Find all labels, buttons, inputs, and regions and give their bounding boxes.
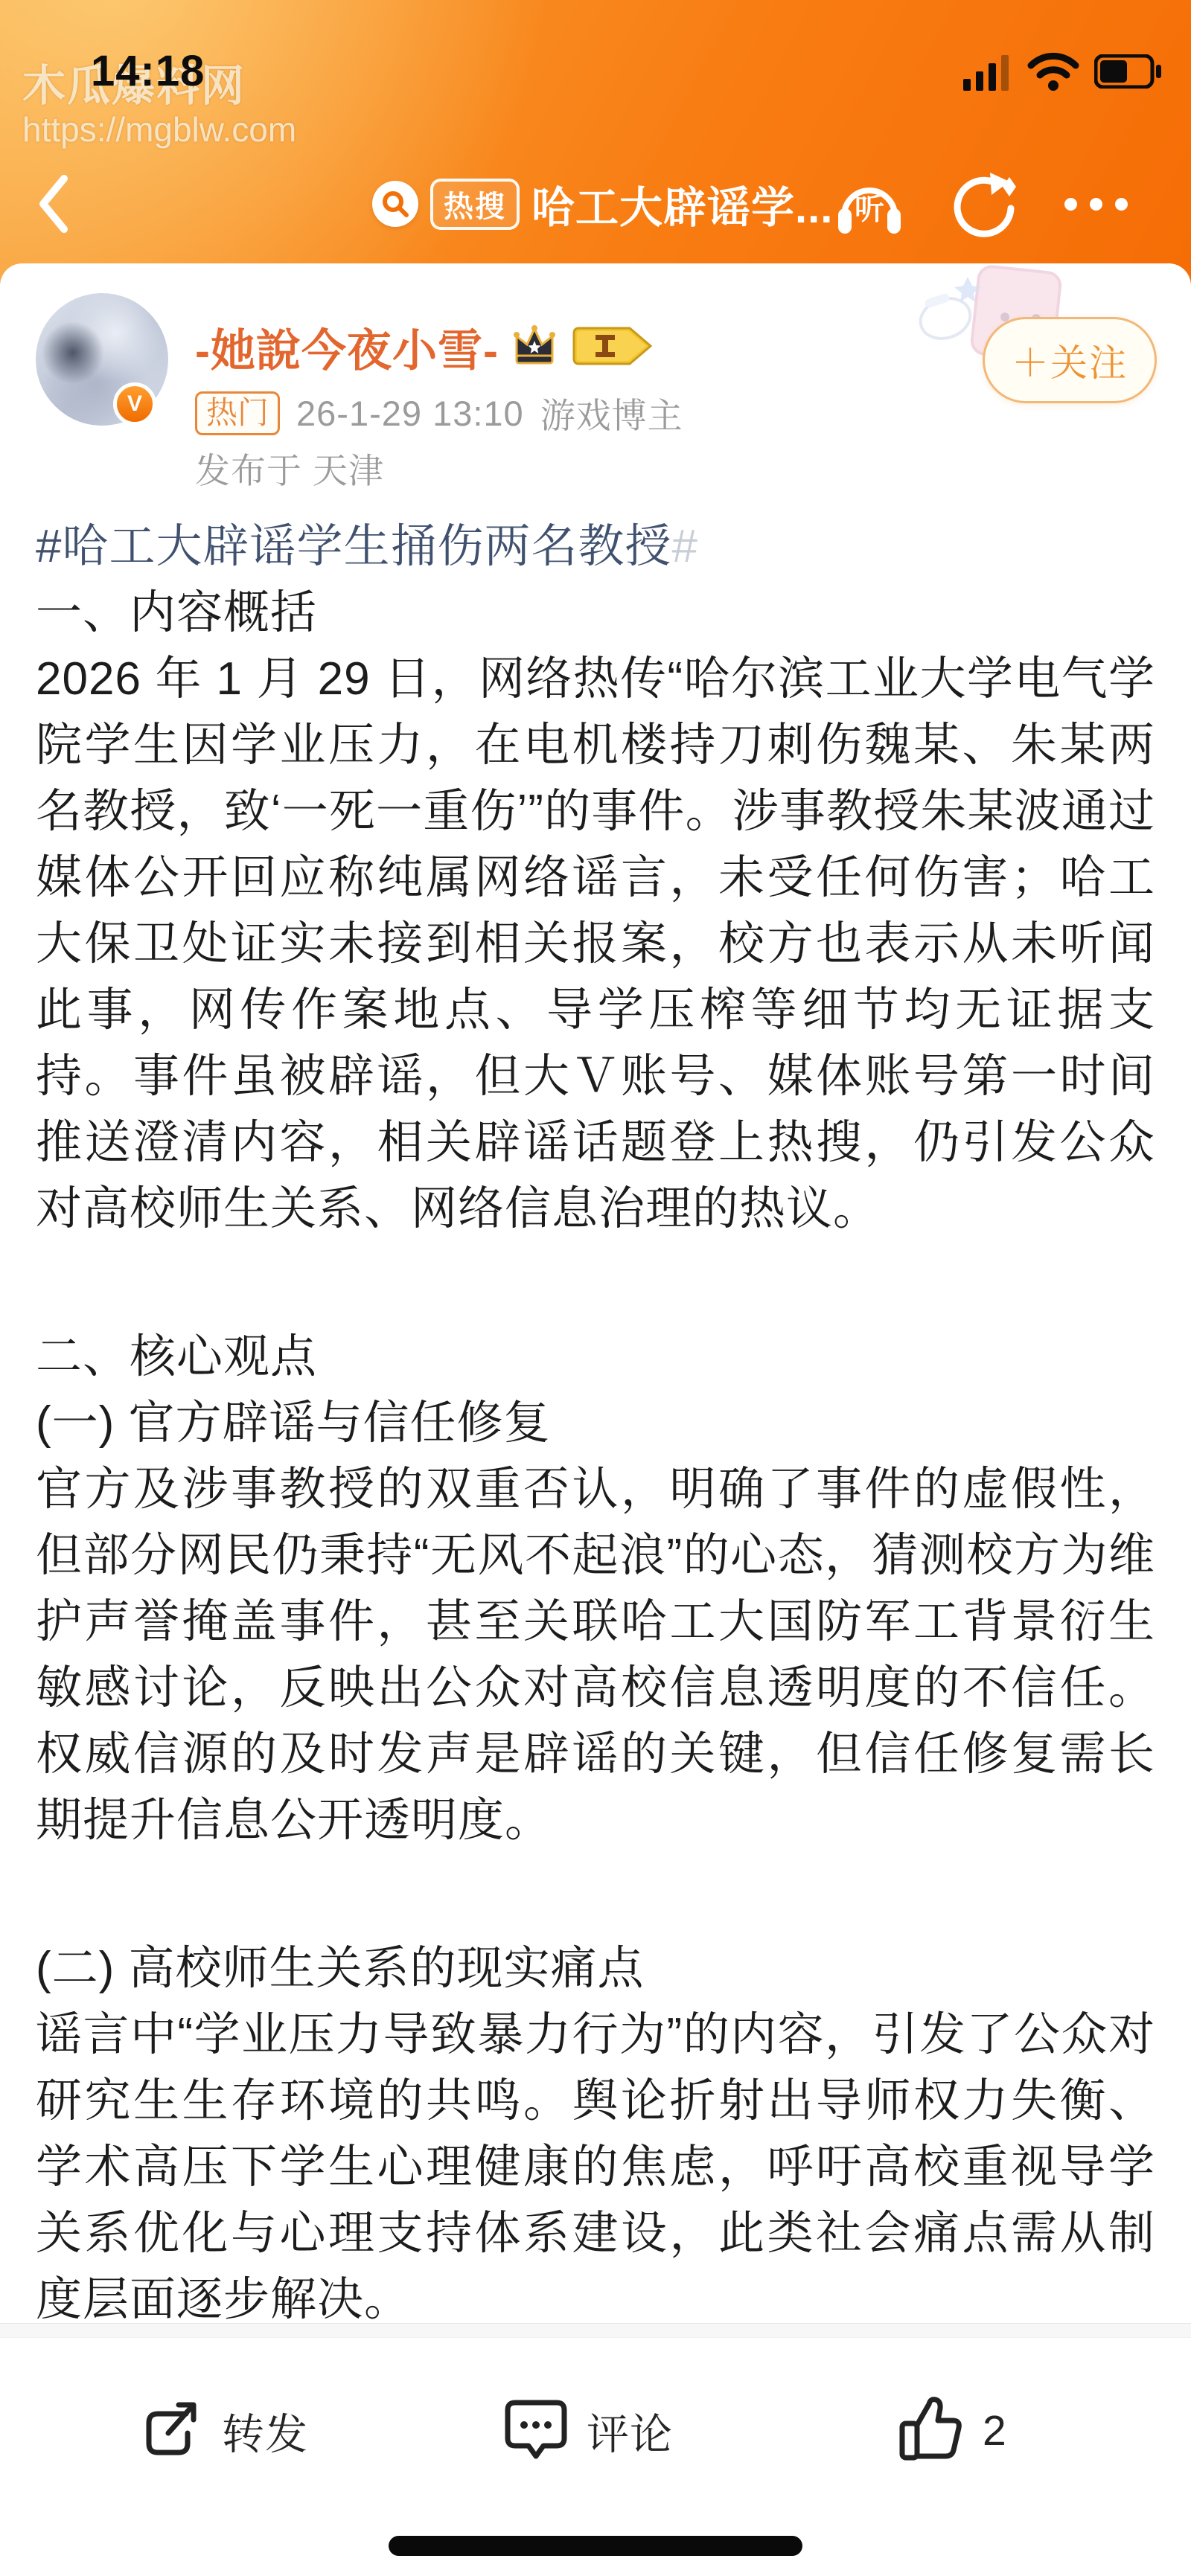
hot-search-badge: 热搜 [430,179,520,230]
repost-label: 转发 [222,2400,308,2461]
search-topic-bar[interactable]: 热搜 哈工大辟谣学... [372,170,833,238]
action-bar: 转发 评论 2 [0,2338,1191,2524]
back-button[interactable] [37,174,70,234]
post-timestamp: 26-1-29 13:10 [296,393,524,434]
like-count: 2 [983,2406,1007,2455]
post-header: V -她說今夜小雪- [0,263,1191,513]
signal-icon [963,52,1012,94]
section-heading: 一、内容概括 [36,580,1155,646]
status-time: 14:18 [91,46,205,96]
repost-icon [140,2397,204,2465]
post-content: #哈工大辟谣学生捅伤两名教授# 一、内容概括 2026 年 1 月 29 日，网… [0,513,1191,2333]
wifi-icon [1027,52,1079,94]
like-button[interactable]: 2 [896,2338,1007,2524]
subsection-heading: (一) 官方辟谣与信任修复 [36,1390,1155,1456]
subsection-heading: (二) 高校师生关系的现实痛点 [36,1935,1155,2002]
hashtag-tail-faded: # [671,521,697,572]
status-icons [963,52,1163,94]
status-bar: 14:18 [0,43,1191,95]
nav-topic-title: 哈工大辟谣学... [531,173,833,235]
refresh-button[interactable] [944,170,1021,238]
dot [1064,198,1077,211]
hashtag-text: #哈工大辟谣学生捅伤两名教授 [36,521,671,572]
username[interactable]: -她說今夜小雪- [195,315,499,379]
dot [1115,198,1128,211]
nav-bar: 热搜 哈工大辟谣学... 听 [0,170,1191,238]
battery-icon [1094,54,1163,92]
comment-icon [503,2397,569,2466]
comment-label: 评论 [587,2400,673,2461]
weibo-post-page: 木瓜爆料网 https://mgblw.com 14:18 [0,0,1191,2576]
paragraph: 2026 年 1 月 29 日，网络热传“哈尔滨工业大学电气学院学生因学业压力，… [36,646,1155,1242]
level-badge [570,324,654,371]
paragraph: 谣言中“学业压力导致暴力行为”的内容，引发了公众对研究生生存环境的共鸣。舆论折射… [36,2002,1155,2333]
watermark-site-url: https://mgblw.com [22,111,296,150]
thumbs-up-icon [896,2395,965,2467]
crown-icon [509,323,560,373]
comment-button[interactable]: 评论 [503,2338,673,2524]
more-options-button[interactable] [1051,198,1140,211]
follow-button[interactable]: ＋关注 [983,317,1157,403]
topic-hashtag-link[interactable]: #哈工大辟谣学生捅伤两名教授# [36,513,1155,580]
section-heading: 二、核心观点 [36,1324,1155,1390]
verified-badge: V [113,382,156,426]
repost-button[interactable]: 转发 [140,2338,308,2524]
paragraph: 官方及涉事教授的双重否认，明确了事件的虚假性，但部分网民仍秉持“无风不起浪”的心… [36,1456,1155,1853]
hot-post-tag: 热门 [195,391,280,435]
post-location: 发布于 天津 [195,451,384,490]
dot [1090,198,1102,211]
search-icon [372,181,418,227]
listen-label: 听 [855,185,884,228]
author-category: 游戏博主 [540,388,683,438]
listen-button[interactable]: 听 [831,170,908,238]
home-indicator[interactable] [389,2536,802,2556]
post-card: V -她說今夜小雪- [0,263,1191,2323]
